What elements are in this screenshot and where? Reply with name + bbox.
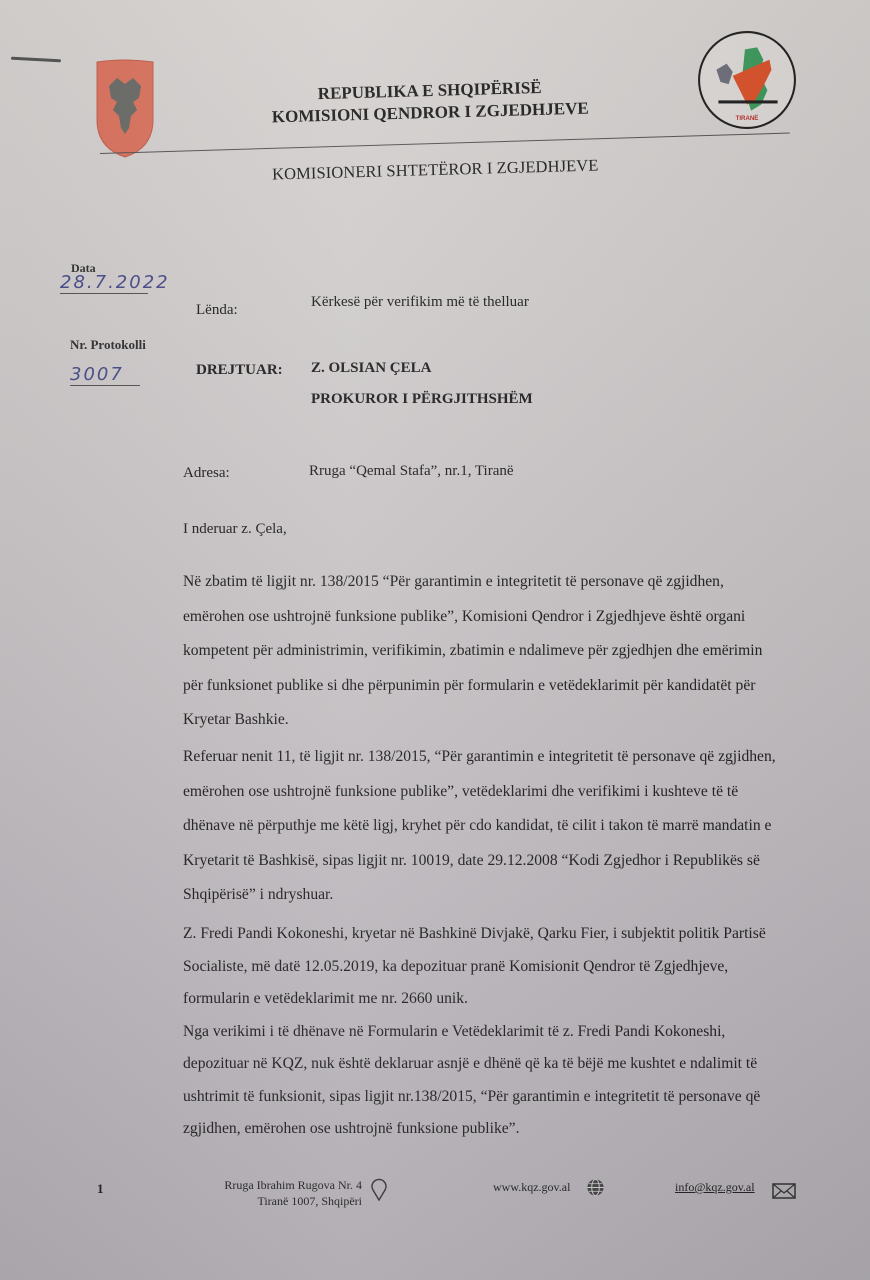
kqz-logo-icon: TIRANË [696,29,798,131]
email-link[interactable]: info@kqz.gov.al [675,1180,755,1195]
document-page: REPUBLIKA E SHQIPËRISË KOMISIONI QENDROR… [0,0,870,1280]
coat-of-arms-icon [95,58,155,158]
salutation: I nderuar z. Çela, [183,521,287,538]
date-value: 28.7.2022 [60,272,148,294]
paragraph-line: Referuar nenit 11, të ligjit nr. 138/201… [183,740,808,775]
paragraph-line: emërohen ose ushtrojnë funksione publike… [183,600,808,635]
paragraph-line: Kryetarit të Bashkisë, sipas ligjit nr. … [183,844,808,879]
paragraph-1: Në zbatim të ligjit nr. 138/2015 “Për ga… [183,565,808,738]
paragraph-3: Z. Fredi Pandi Kokoneshi, kryetar në Bas… [183,918,808,1146]
protocol-value: 3007 [70,364,140,386]
envelope-icon [772,1183,796,1199]
footer-address-line: Tiranë 1007, Shqipëri [200,1193,362,1209]
footer-address: Rruga Ibrahim Rugova Nr. 4 Tiranë 1007, … [200,1177,362,1209]
subject-label: Lënda: [196,302,238,319]
address-value: Rruga “Qemal Stafa”, nr.1, Tiranë [309,463,514,480]
paragraph-line: Në zbatim të ligjit nr. 138/2015 “Për ga… [183,565,808,600]
paragraph-line: Shqipërisë” i ndryshuar. [183,878,808,913]
paragraph-line: depozituar në KQZ, nuk është deklaruar a… [183,1048,808,1081]
paragraph-line: dhënave në përputhje me këtë ligj, kryhe… [183,809,808,844]
recipient-title: PROKUROR I PËRGJITHSHËM [311,391,533,408]
recipient-label: DREJTUAR: [196,362,283,379]
subject-value: Kërkesë për verifikim më të thelluar [311,294,529,311]
paragraph-2: Referuar nenit 11, të ligjit nr. 138/201… [183,740,808,913]
paragraph-line: emërohen ose ushtrojnë funksione publike… [183,775,808,810]
paragraph-line: për funksionet publike si dhe përpunimin… [183,669,808,704]
globe-icon [586,1178,605,1197]
paragraph-line: kompetent për administrimin, verifikimin… [183,634,808,669]
paragraph-line: ushtrimit të funksionit, sipas ligjit nr… [183,1081,808,1114]
staple-mark [11,57,61,63]
paragraph-line: zgjidhen, emërohen ose ushtrojnë funksio… [183,1113,808,1146]
paragraph-line: Z. Fredi Pandi Kokoneshi, kryetar në Bas… [183,918,808,951]
recipient-name: Z. OLSIAN ÇELA [311,360,431,377]
location-pin-icon [370,1178,388,1202]
protocol-label: Nr. Protokolli [70,337,146,353]
address-label: Adresa: [183,465,230,482]
website-link[interactable]: www.kqz.gov.al [493,1180,570,1195]
paragraph-line: Nga verikimi i të dhënave në Formularin … [183,1016,808,1049]
paragraph-line: formularin e vetëdeklarimit me nr. 2660 … [183,983,808,1016]
svg-text:TIRANË: TIRANË [736,115,759,122]
letterhead-title: REPUBLIKA E SHQIPËRISË KOMISIONI QENDROR… [249,75,610,129]
page-number: 1 [97,1181,104,1197]
header-divider [100,133,790,154]
footer-address-line: Rruga Ibrahim Rugova Nr. 4 [200,1177,362,1193]
paragraph-line: Socialiste, më datë 12.05.2019, ka depoz… [183,951,808,984]
office-name: KOMISIONERI SHTETËROR I ZGJEDHJEVE [272,155,599,184]
paragraph-line: Kryetar Bashkie. [183,703,808,738]
